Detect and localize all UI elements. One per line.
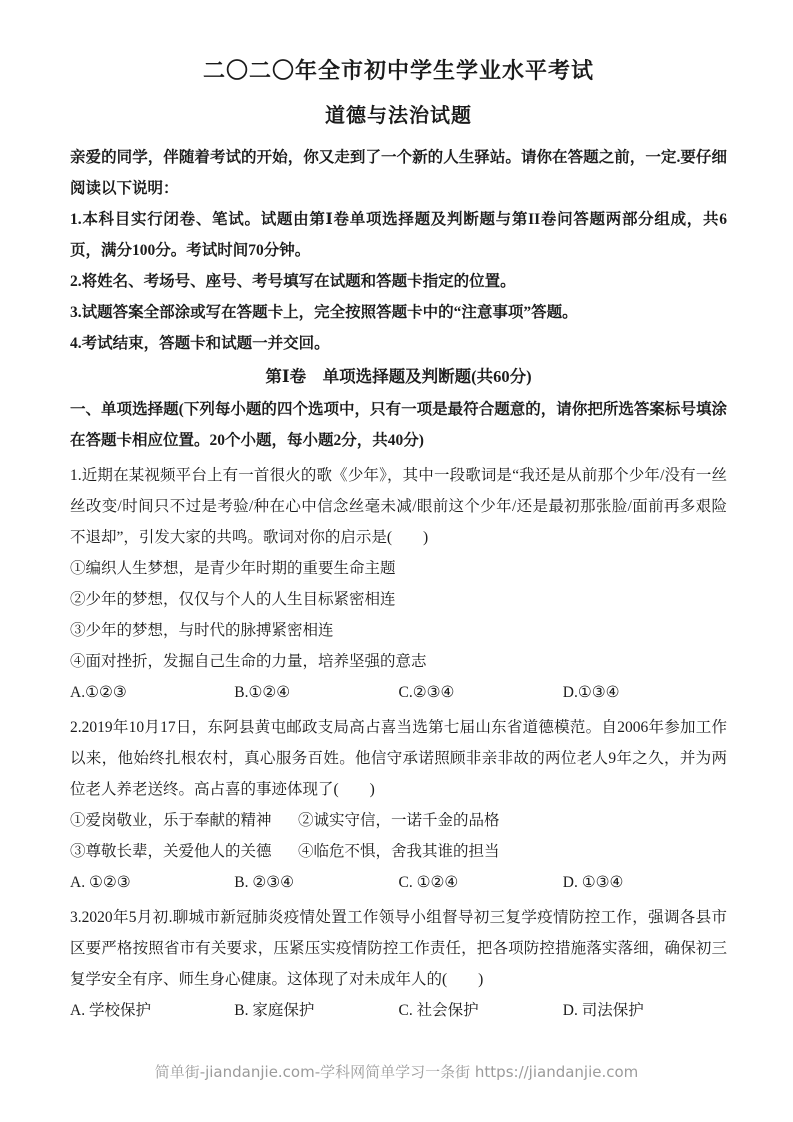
option-d: D. ①③④ — [563, 867, 727, 898]
section-heading: 第Ⅰ卷 单项选择题及判断题(共60分) — [70, 361, 727, 392]
question-2: 2.2019年10月17日，东阿县黄屯邮政支局高占喜当选第七届山东省道德模范。自… — [70, 712, 727, 898]
instruction-item-3: 3.试题答案全部涂或写在答题卡上，完全按照答题卡中的“注意事项”答题。 — [70, 297, 727, 328]
part-heading: 一、单项选择题(下列每小题的四个选项中，只有一项是最符合题意的，请你把所选答案标… — [70, 394, 727, 456]
option-c: C. 社会保护 — [399, 995, 563, 1026]
option-a: A.①②③ — [70, 677, 234, 708]
page-title: 二〇二〇年全市初中学生学业水平考试 — [70, 56, 727, 86]
instruction-item-4: 4.考试结束，答题卡和试题一并交回。 — [70, 328, 727, 359]
option-c: C.②③④ — [399, 677, 563, 708]
options-row: A. 学校保护 B. 家庭保护 C. 社会保护 D. 司法保护 — [70, 995, 727, 1026]
subitem-pair-row: ③尊敬长辈，关爱他人的关德 ④临危不惧，舍我其谁的担当 — [70, 836, 727, 867]
option-b: B. ②③④ — [234, 867, 398, 898]
question-stem: 3.2020年5月初.聊城市新冠肺炎疫情处置工作领导小组督导初三复学疫情防控工作… — [70, 902, 727, 995]
instruction-item-2: 2.将姓名、考场号、座号、考号填写在试题和答题卡指定的位置。 — [70, 266, 727, 297]
question-subitem: ③少年的梦想，与时代的脉搏紧密相连 — [70, 615, 727, 646]
page-subtitle: 道德与法治试题 — [70, 102, 727, 130]
option-b: B.①②④ — [234, 677, 398, 708]
option-a: A. ①②③ — [70, 867, 234, 898]
options-row: A. ①②③ B. ②③④ C. ①②④ D. ①③④ — [70, 867, 727, 898]
question-subitem: ①编织人生梦想，是青少年时期的重要生命主题 — [70, 553, 727, 584]
question-subitem: ②诚实守信，一诺千金的品格 — [298, 805, 727, 836]
question-stem: 1.近期在某视频平台上有一首很火的歌《少年》，其中一段歌词是“我还是从前那个少年… — [70, 460, 727, 553]
option-c: C. ①②④ — [399, 867, 563, 898]
question-stem: 2.2019年10月17日，东阿县黄屯邮政支局高占喜当选第七届山东省道德模范。自… — [70, 712, 727, 805]
exam-page: 二〇二〇年全市初中学生学业水平考试 道德与法治试题 亲爱的同学，伴随着考试的开始… — [0, 0, 793, 1122]
option-d: D. 司法保护 — [563, 995, 727, 1026]
subitem-pair-row: ①爱岗敬业，乐于奉献的精神 ②诚实守信，一诺千金的品格 — [70, 805, 727, 836]
option-b: B. 家庭保护 — [234, 995, 398, 1026]
question-3: 3.2020年5月初.聊城市新冠肺炎疫情处置工作领导小组督导初三复学疫情防控工作… — [70, 902, 727, 1026]
option-d: D.①③④ — [563, 677, 727, 708]
question-subitem: ③尊敬长辈，关爱他人的关德 — [70, 836, 298, 867]
question-subitem: ②少年的梦想，仅仅与个人的人生目标紧密相连 — [70, 584, 727, 615]
question-subitem: ①爱岗敬业，乐于奉献的精神 — [70, 805, 298, 836]
question-subitem: ④面对挫折，发掘自己生命的力量，培养坚强的意志 — [70, 646, 727, 677]
question-1: 1.近期在某视频平台上有一首很火的歌《少年》，其中一段歌词是“我还是从前那个少年… — [70, 460, 727, 708]
options-row: A.①②③ B.①②④ C.②③④ D.①③④ — [70, 677, 727, 708]
instruction-item-1: 1.本科目实行闭卷、笔试。试题由第Ⅰ卷单项选择题及判断题与第II卷问答题两部分组… — [70, 204, 727, 266]
question-subitem: ④临危不惧，舍我其谁的担当 — [298, 836, 727, 867]
footer-watermark: 简单街-jiandanjie.com-学科网简单学习一条街 https://ji… — [0, 1062, 793, 1082]
option-a: A. 学校保护 — [70, 995, 234, 1026]
intro-paragraph: 亲爱的同学，伴随着考试的开始，你又走到了一个新的人生驿站。请你在答题之前，一定.… — [70, 142, 727, 204]
